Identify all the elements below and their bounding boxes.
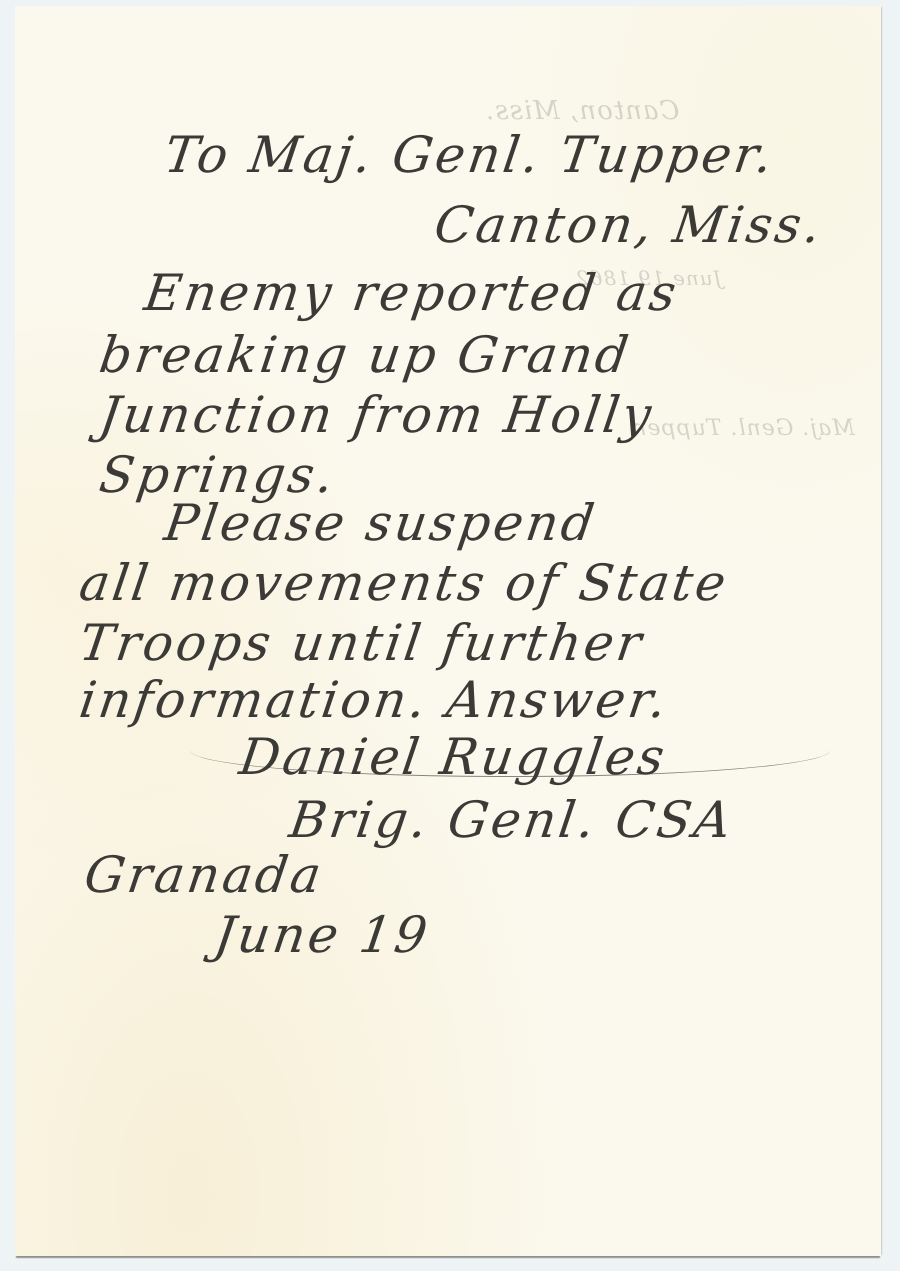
body-line: breaking up Grand: [96, 326, 635, 384]
body-line: information. Answer.: [76, 671, 673, 729]
signature-name: Daniel Ruggles: [236, 728, 671, 786]
body-line: Please suspend: [161, 494, 601, 552]
body-line: all movements of State: [76, 554, 732, 612]
body-line: Junction from Holly: [96, 386, 658, 444]
date-line: June 19: [211, 906, 434, 964]
addressee-line: To Maj. Genl. Tupper.: [161, 126, 779, 184]
letter-page: ​ Canton, Miss. June 19 1862 Maj. Genl. …: [15, 6, 881, 1256]
bleed-through-text: Canton, Miss.: [485, 96, 679, 126]
address-location-line: Canton, Miss.: [431, 196, 827, 254]
place-line: Granada: [81, 846, 328, 904]
signature-title: Brig. Genl. CSA: [286, 791, 738, 849]
body-line: Enemy reported as: [141, 264, 683, 322]
bleed-through-text: Maj. Genl. Tupper: [635, 416, 855, 441]
archive-number: ​: [704, 36, 706, 66]
body-line: Troops until further: [76, 614, 648, 672]
